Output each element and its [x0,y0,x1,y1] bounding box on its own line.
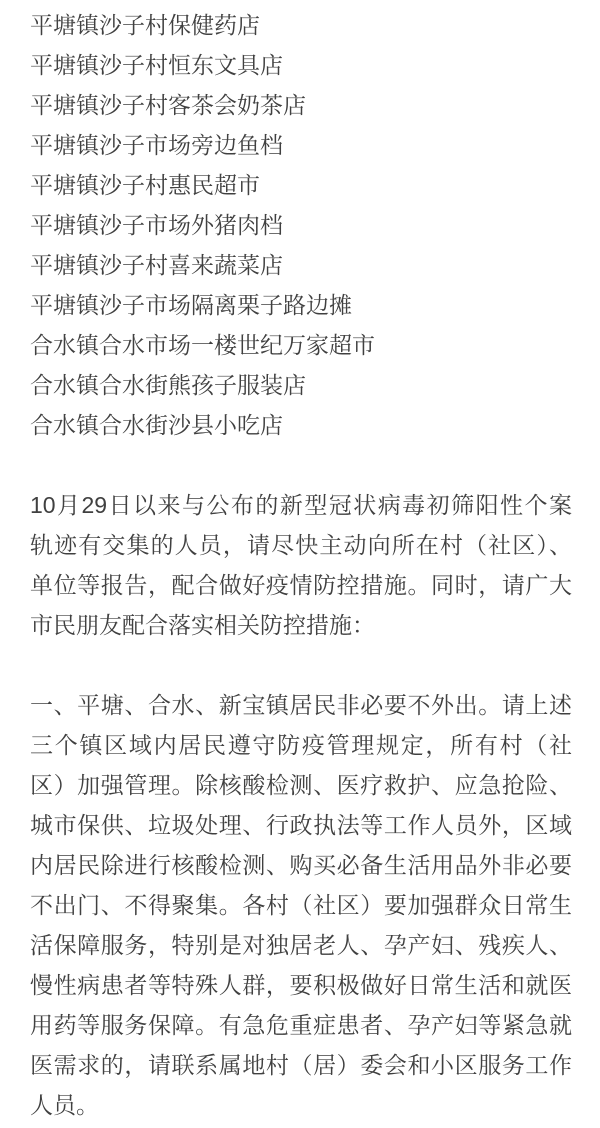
paragraph-line: 医需求的，请联系属地村（居）委会和小区服务工作 [30,1045,572,1085]
article-body: 平塘镇沙子村保健药店平塘镇沙子村恒东文具店平塘镇沙子村客茶会奶茶店平塘镇沙子市场… [0,0,600,1125]
venue-list-item: 平塘镇沙子村恒东文具店 [30,45,572,85]
venue-list-item: 平塘镇沙子村惠民超市 [30,165,572,205]
venue-list-item: 平塘镇沙子市场外猪肉档 [30,205,572,245]
paragraph-line: 轨迹有交集的人员，请尽快主动向所在村（社区）、 [30,525,572,565]
paragraph-line: 单位等报告，配合做好疫情防控措施。同时，请广大 [30,565,572,605]
venue-list-item: 平塘镇沙子村客茶会奶茶店 [30,85,572,125]
paragraph-line: 三个镇区域内居民遵守防疫管理规定，所有村（社 [30,725,572,765]
paragraph-line: 城市保供、垃圾处理、行政执法等工作人员外，区域 [30,805,572,845]
paragraph-line: 慢性病患者等特殊人群，要积极做好日常生活和就医 [30,965,572,1005]
venue-list-item: 平塘镇沙子村保健药店 [30,5,572,45]
paragraph-line: 10月29日以来与公布的新型冠状病毒初筛阳性个案 [30,485,572,525]
paragraph-measure-one: 一、平塘、合水、新宝镇居民非必要不外出。请上述三个镇区域内居民遵守防疫管理规定，… [30,685,572,1125]
paragraph-line: 市民朋友配合落实相关防控措施： [30,605,572,645]
paragraph-line: 人员。 [30,1085,572,1125]
paragraph-line: 一、平塘、合水、新宝镇居民非必要不外出。请上述 [30,685,572,725]
paragraph-line: 活保障服务，特别是对独居老人、孕产妇、残疾人、 [30,925,572,965]
venue-list-item: 平塘镇沙子市场隔离栗子路边摊 [30,285,572,325]
paragraph-line: 用药等服务保障。有急危重症患者、孕产妇等紧急就 [30,1005,572,1045]
venue-list-item: 平塘镇沙子市场旁边鱼档 [30,125,572,165]
paragraph-line: 不出门、不得聚集。各村（社区）要加强群众日常生 [30,885,572,925]
venue-list-item: 合水镇合水街沙县小吃店 [30,405,572,445]
venue-list-item: 合水镇合水市场一楼世纪万家超市 [30,325,572,365]
paragraph-line: 内居民除进行核酸检测、购买必备生活用品外非必要 [30,845,572,885]
venue-list-item: 平塘镇沙子村喜来蔬菜店 [30,245,572,285]
paragraph-report-notice: 10月29日以来与公布的新型冠状病毒初筛阳性个案轨迹有交集的人员，请尽快主动向所… [30,485,572,645]
venue-list: 平塘镇沙子村保健药店平塘镇沙子村恒东文具店平塘镇沙子村客茶会奶茶店平塘镇沙子市场… [30,5,572,445]
paragraph-line: 区）加强管理。除核酸检测、医疗救护、应急抢险、 [30,765,572,805]
venue-list-item: 合水镇合水街熊孩子服装店 [30,365,572,405]
